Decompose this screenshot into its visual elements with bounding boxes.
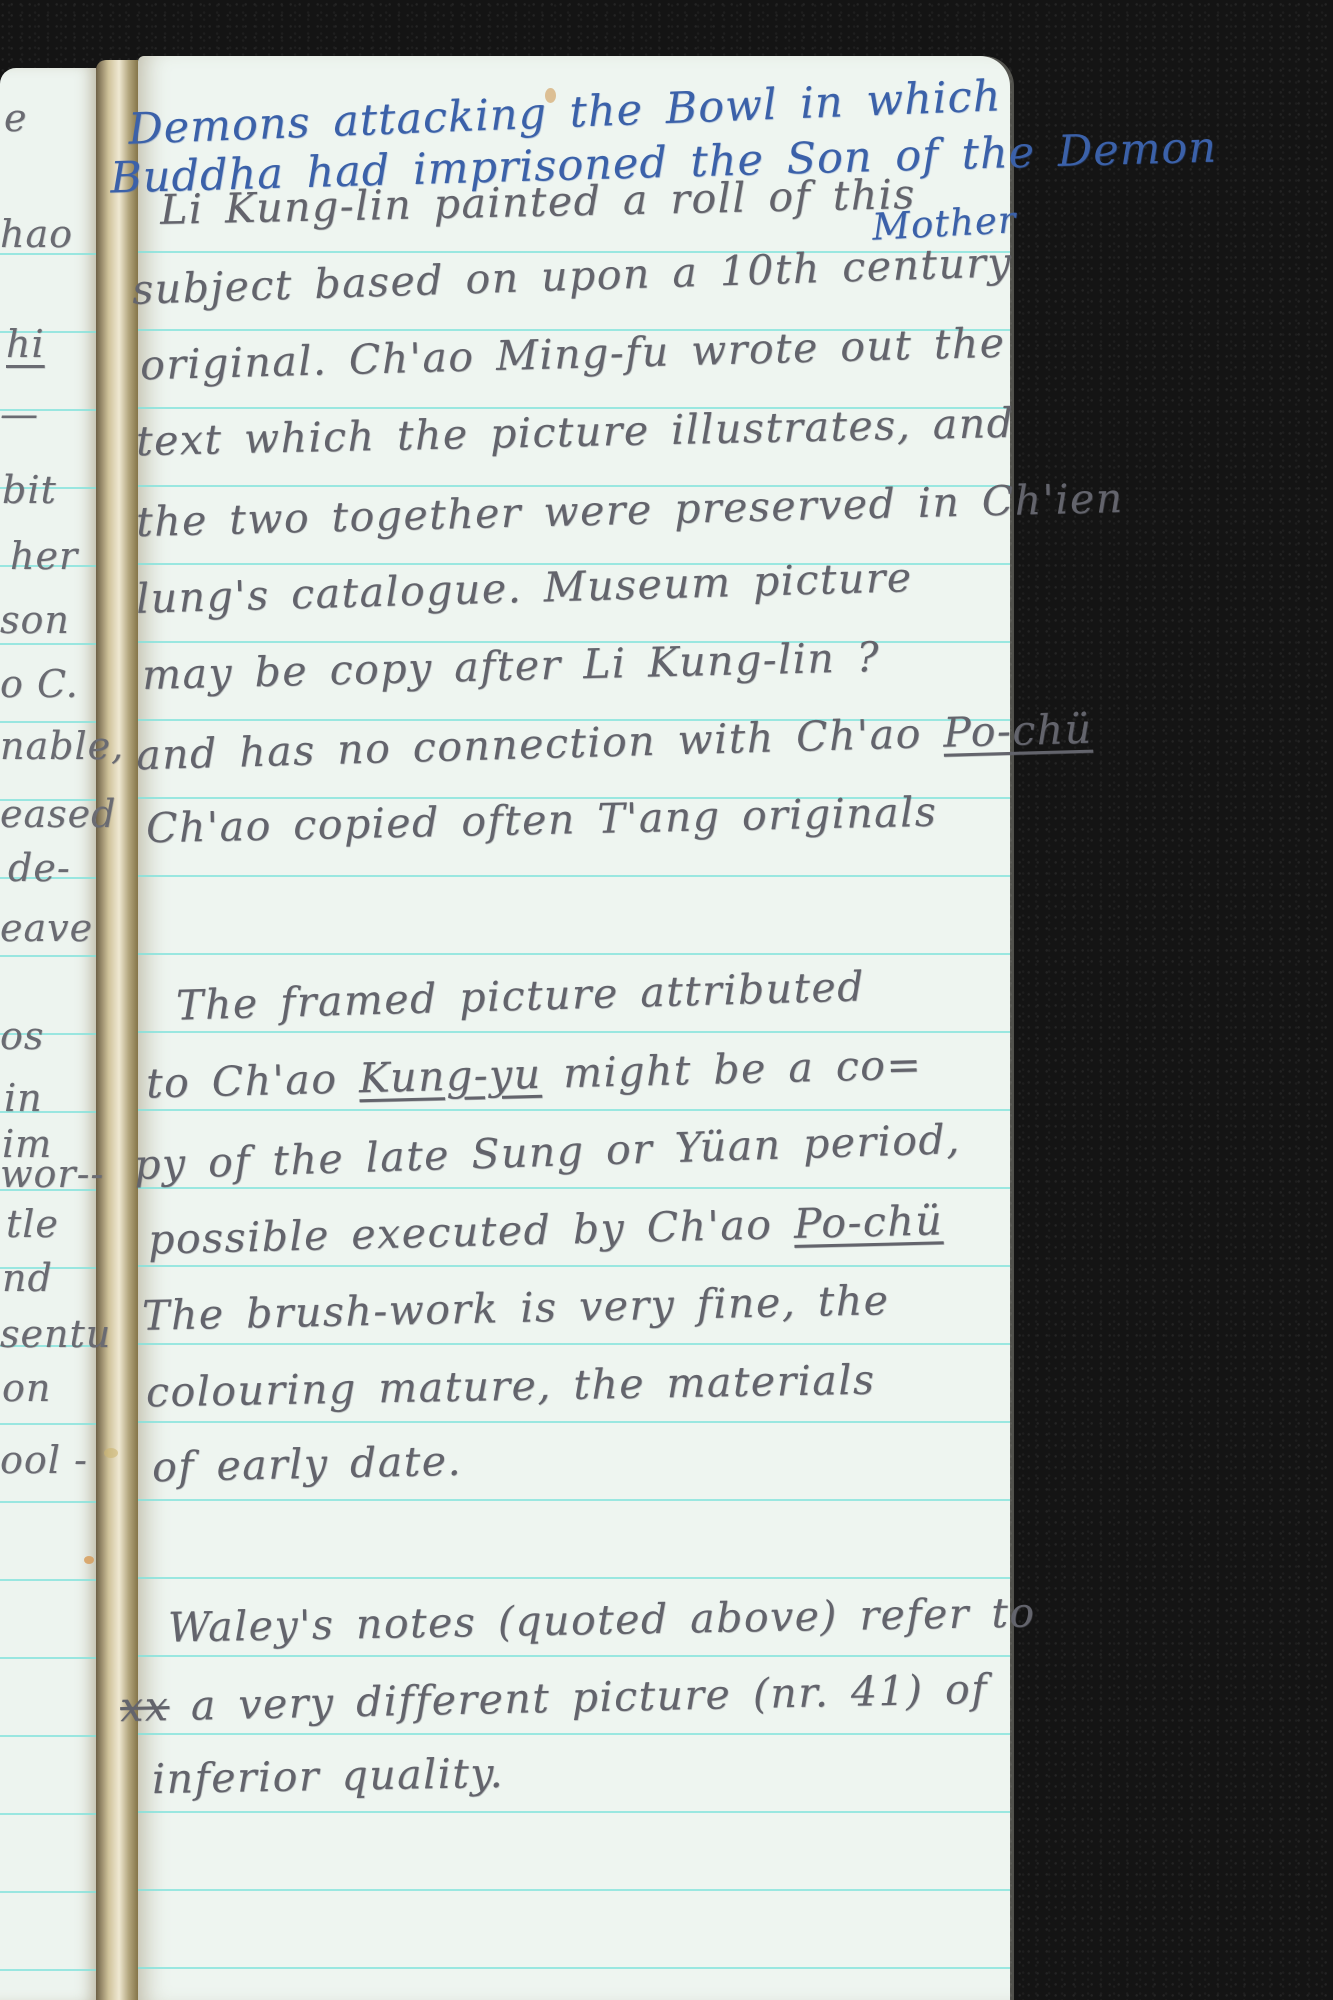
left-page-fragment: os	[0, 1014, 44, 1058]
handwritten-line: Waley's notes (quoted above) refer to	[168, 1588, 1036, 1651]
left-page-fragment: wor--	[0, 1152, 104, 1196]
handwritten-line: the two together were preserved in Ch'ie…	[136, 474, 1125, 546]
left-page-fragment: nd	[2, 1256, 53, 1300]
handwritten-line: Ch'ao copied often T'ang originals	[146, 788, 938, 853]
handwritten-line: of early date.	[152, 1437, 463, 1491]
left-page-fragment: her	[10, 534, 78, 578]
left-page-fragment: son	[0, 598, 70, 642]
left-page-fragment: sentu	[0, 1312, 111, 1356]
handwritten-line: py of the late Sung or Yüan period,	[133, 1115, 961, 1189]
handwritten-line: inferior quality.	[152, 1749, 505, 1803]
left-page-fragment: ool -	[0, 1438, 88, 1482]
handwritten-line: original. Ch'ao Ming-fu wrote out the	[140, 319, 1007, 390]
handwritten-line: and has no connection with Ch'ao Po-chü	[136, 705, 1094, 780]
handwriting-layer: e hao hi — bit her son o C. nable, eased…	[0, 0, 1333, 2000]
handwritten-line: colouring mature, the materials	[146, 1356, 876, 1417]
handwritten-line: subject based on upon a 10th century	[131, 238, 1012, 314]
left-page-fragment: tle	[6, 1202, 59, 1246]
handwritten-line: The framed picture attributed	[175, 962, 865, 1029]
left-page-fragment: hi	[6, 322, 45, 366]
left-page-fragment: in	[4, 1076, 43, 1120]
left-page-fragment: eave	[0, 906, 93, 950]
left-page-fragment: hao	[0, 212, 73, 256]
left-page-fragment: o C.	[0, 662, 79, 706]
handwritten-line: The brush-work is very fine, the	[142, 1276, 890, 1340]
handwritten-line: may be copy after Li Kung-lin ?	[142, 633, 881, 699]
handwritten-line: text which the picture illustrates, and	[136, 399, 1015, 465]
left-page-fragment: nable,	[0, 724, 124, 768]
handwritten-line: lung's catalogue. Museum picture	[135, 553, 913, 623]
left-page-fragment: de-	[8, 846, 71, 890]
notebook-scan: e hao hi — bit her son o C. nable, eased…	[0, 0, 1333, 2000]
left-page-fragment: —	[0, 392, 39, 436]
handwritten-line: to Ch'ao Kung-yu might be a co=	[146, 1041, 923, 1108]
left-page-fragment: eased	[0, 792, 116, 836]
handwritten-line: possible executed by Ch'ao Po-chü	[148, 1196, 944, 1263]
left-page-fragment: e	[4, 96, 28, 140]
handwritten-line: xx a very different picture (nr. 41) of	[120, 1665, 989, 1731]
left-page-fragment: bit	[2, 468, 57, 512]
left-page-fragment: on	[2, 1366, 51, 1410]
